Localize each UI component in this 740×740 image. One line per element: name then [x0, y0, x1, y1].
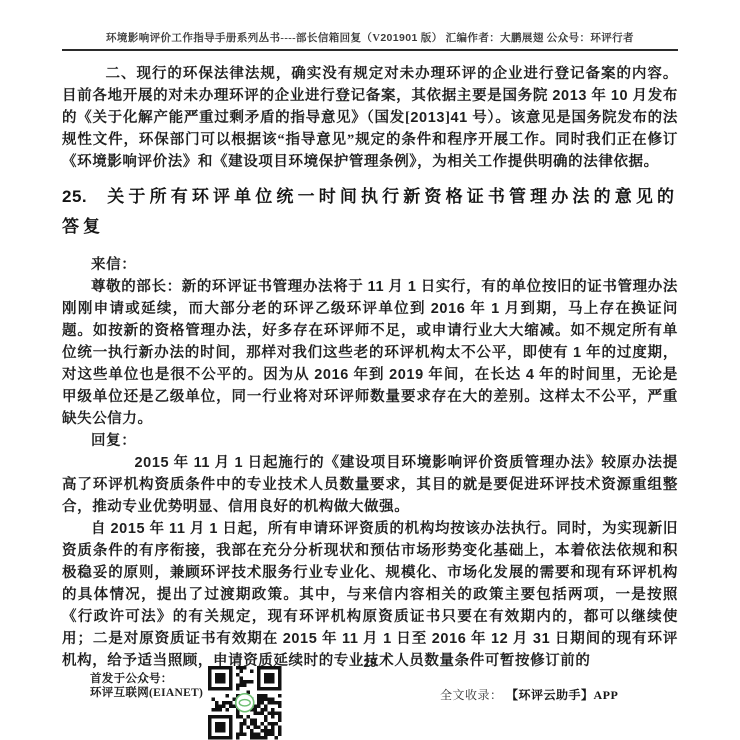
collection-info: 全文收录： 【环评云助手】APP	[440, 686, 618, 703]
section-heading: 25.关于所有环评单位统一时间执行新资格证书管理办法的意见的答复	[62, 182, 678, 242]
qr-code-icon	[208, 666, 282, 740]
collected-label: 全文收录：	[440, 688, 503, 702]
document-page: 环境影响评价工作指导手册系列丛书----部长信箱回复（V201901 版） 汇编…	[0, 0, 740, 740]
reply-paragraph: 自 2015 年 11 月 1 日起，所有申请环评资质的机构均按该办法执行。同时…	[62, 518, 678, 672]
page-number: 29	[0, 656, 740, 670]
publisher-info: 首发于公众号： 环评互联网(EIANET)	[90, 672, 203, 700]
document-body: 二、现行的环保法律法规，确实没有规定对未办理环评的企业进行登记备案的内容。目前各…	[62, 63, 678, 672]
page-header: 环境影响评价工作指导手册系列丛书----部长信箱回复（V201901 版） 汇编…	[62, 30, 678, 51]
publisher-label: 首发于公众号：	[90, 672, 203, 686]
collected-app-name: 【环评云助手】APP	[506, 688, 618, 702]
reply-paragraph: 2015 年 11 月 1 日起施行的《建设项目环境影响评价资质管理办法》较原办…	[62, 452, 678, 518]
reply-label: 回复：	[62, 430, 678, 452]
intro-paragraph: 二、现行的环保法律法规，确实没有规定对未办理环评的企业进行登记备案的内容。目前各…	[62, 63, 678, 173]
publisher-name: 环评互联网(EIANET)	[90, 686, 203, 700]
header-title: 环境影响评价工作指导手册系列丛书----部长信箱回复（V201901 版） 汇编…	[106, 33, 634, 44]
letter-label: 来信：	[62, 254, 678, 276]
letter-body: 尊敬的部长：新的环评证书管理办法将于 11 月 1 日实行，有的单位按旧的证书管…	[62, 276, 678, 430]
section-title: 关于所有环评单位统一时间执行新资格证书管理办法的意见的答复	[62, 187, 678, 236]
section-number: 25.	[62, 187, 87, 206]
